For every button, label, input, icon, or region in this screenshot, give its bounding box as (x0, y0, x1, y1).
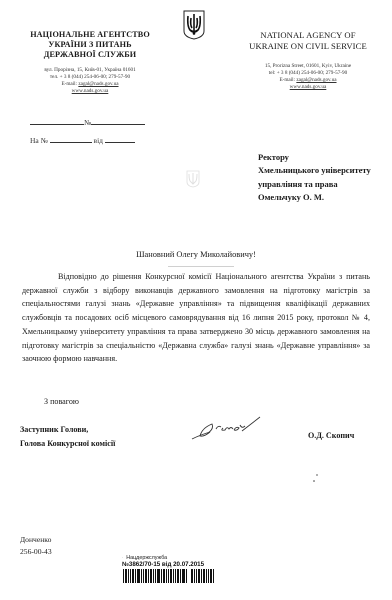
trident-emblem-icon (183, 10, 205, 40)
header-right-block: NATIONAL AGENCY OF UKRAINE ON CIVIL SERV… (228, 30, 388, 91)
scan-speck (313, 480, 315, 482)
reply-number-blank (50, 135, 92, 143)
handwritten-signature (190, 415, 270, 441)
number-blank (91, 117, 145, 125)
outgoing-number-line: № (30, 117, 145, 127)
registration-stamp: ·Нацдержслужба №3862/70-15 від 20.07.201… (110, 555, 230, 583)
address: 15, Prorizna Street, 01601, Kyiv, Ukrain… (228, 63, 388, 70)
barcode-icon (123, 569, 223, 583)
addressee-name: Омельчуку О. М. (258, 191, 371, 204)
executor-phone: 256-00-43 (20, 546, 52, 558)
faint-emblem-icon (186, 170, 200, 188)
signer-title-line: Голова Конкурсної комісії (20, 437, 115, 451)
address: вул. Прорізна, 15, Київ-01, Україна 0160… (10, 67, 170, 74)
website-link[interactable]: www.nads.gov.ua (290, 84, 327, 90)
reply-number-line: На № від (30, 135, 135, 145)
org-name-line: ДЕРЖАВНОЇ СЛУЖБИ (10, 50, 170, 60)
date-blank (30, 117, 84, 125)
stamp-reg-number: №3862/70-15 від 20.07.2015 (110, 561, 230, 568)
email-label: E-mail: (61, 81, 78, 87)
email-row: E-mail: zagal@nads.gov.ua (10, 81, 170, 88)
stamp-marker: · (122, 556, 123, 560)
executor-name: Донченко (20, 534, 52, 546)
addressee-org: Хмельницького університету (258, 164, 371, 177)
org-name-line: UKRAINE ON CIVIL SERVICE (228, 41, 388, 52)
letter-body: Відповідно до рішення Конкурсної комісії… (22, 270, 370, 366)
greeting: Шановний Олегу Миколайовичу! (0, 250, 392, 259)
regards: З повагою (44, 397, 79, 406)
divider (168, 266, 234, 267)
addressee-position: Ректору (258, 151, 371, 164)
reply-from-label: від (94, 136, 103, 145)
org-name-line: УКРАЇНИ З ПИТАНЬ (10, 40, 170, 50)
reply-date-blank (105, 135, 135, 143)
number-sign: № (84, 118, 91, 127)
phone: тел. + 3 8 (044) 254-06-00; 279-57-90 (10, 74, 170, 81)
addressee-block: Ректору Хмельницького університету управ… (258, 151, 371, 205)
email-label: E-mail: (279, 77, 296, 83)
signer-title-line: Заступник Голови, (20, 423, 115, 437)
signer-name: О.Д. Скопич (308, 431, 354, 440)
email-link[interactable]: zagal@nads.gov.ua (296, 77, 336, 83)
scan-speck (316, 474, 318, 476)
executor-block: Донченко 256-00-43 (20, 534, 52, 558)
org-contacts-en: 15, Prorizna Street, 01601, Kyiv, Ukrain… (228, 63, 388, 91)
org-name-en: NATIONAL AGENCY OF UKRAINE ON CIVIL SERV… (228, 30, 388, 52)
org-name-line: NATIONAL AGENCY OF (228, 30, 388, 41)
org-name-ua: НАЦІОНАЛЬНЕ АГЕНТСТВО УКРАЇНИ З ПИТАНЬ Д… (10, 30, 170, 60)
signer-title: Заступник Голови, Голова Конкурсної комі… (20, 423, 115, 450)
header-left-block: НАЦІОНАЛЬНЕ АГЕНТСТВО УКРАЇНИ З ПИТАНЬ Д… (10, 30, 170, 95)
email-link[interactable]: zagal@nads.gov.ua (78, 81, 118, 87)
reply-prefix: На № (30, 136, 48, 145)
org-contacts-ua: вул. Прорізна, 15, Київ-01, Україна 0160… (10, 67, 170, 95)
phone: tel: + 3 8 (044) 254-06-00; 279-57-90 (228, 70, 388, 77)
addressee-org: управління та права (258, 178, 371, 191)
email-row: E-mail: zagal@nads.gov.ua (228, 77, 388, 84)
org-name-line: НАЦІОНАЛЬНЕ АГЕНТСТВО (10, 30, 170, 40)
website-link[interactable]: www.nads.gov.ua (72, 88, 109, 94)
